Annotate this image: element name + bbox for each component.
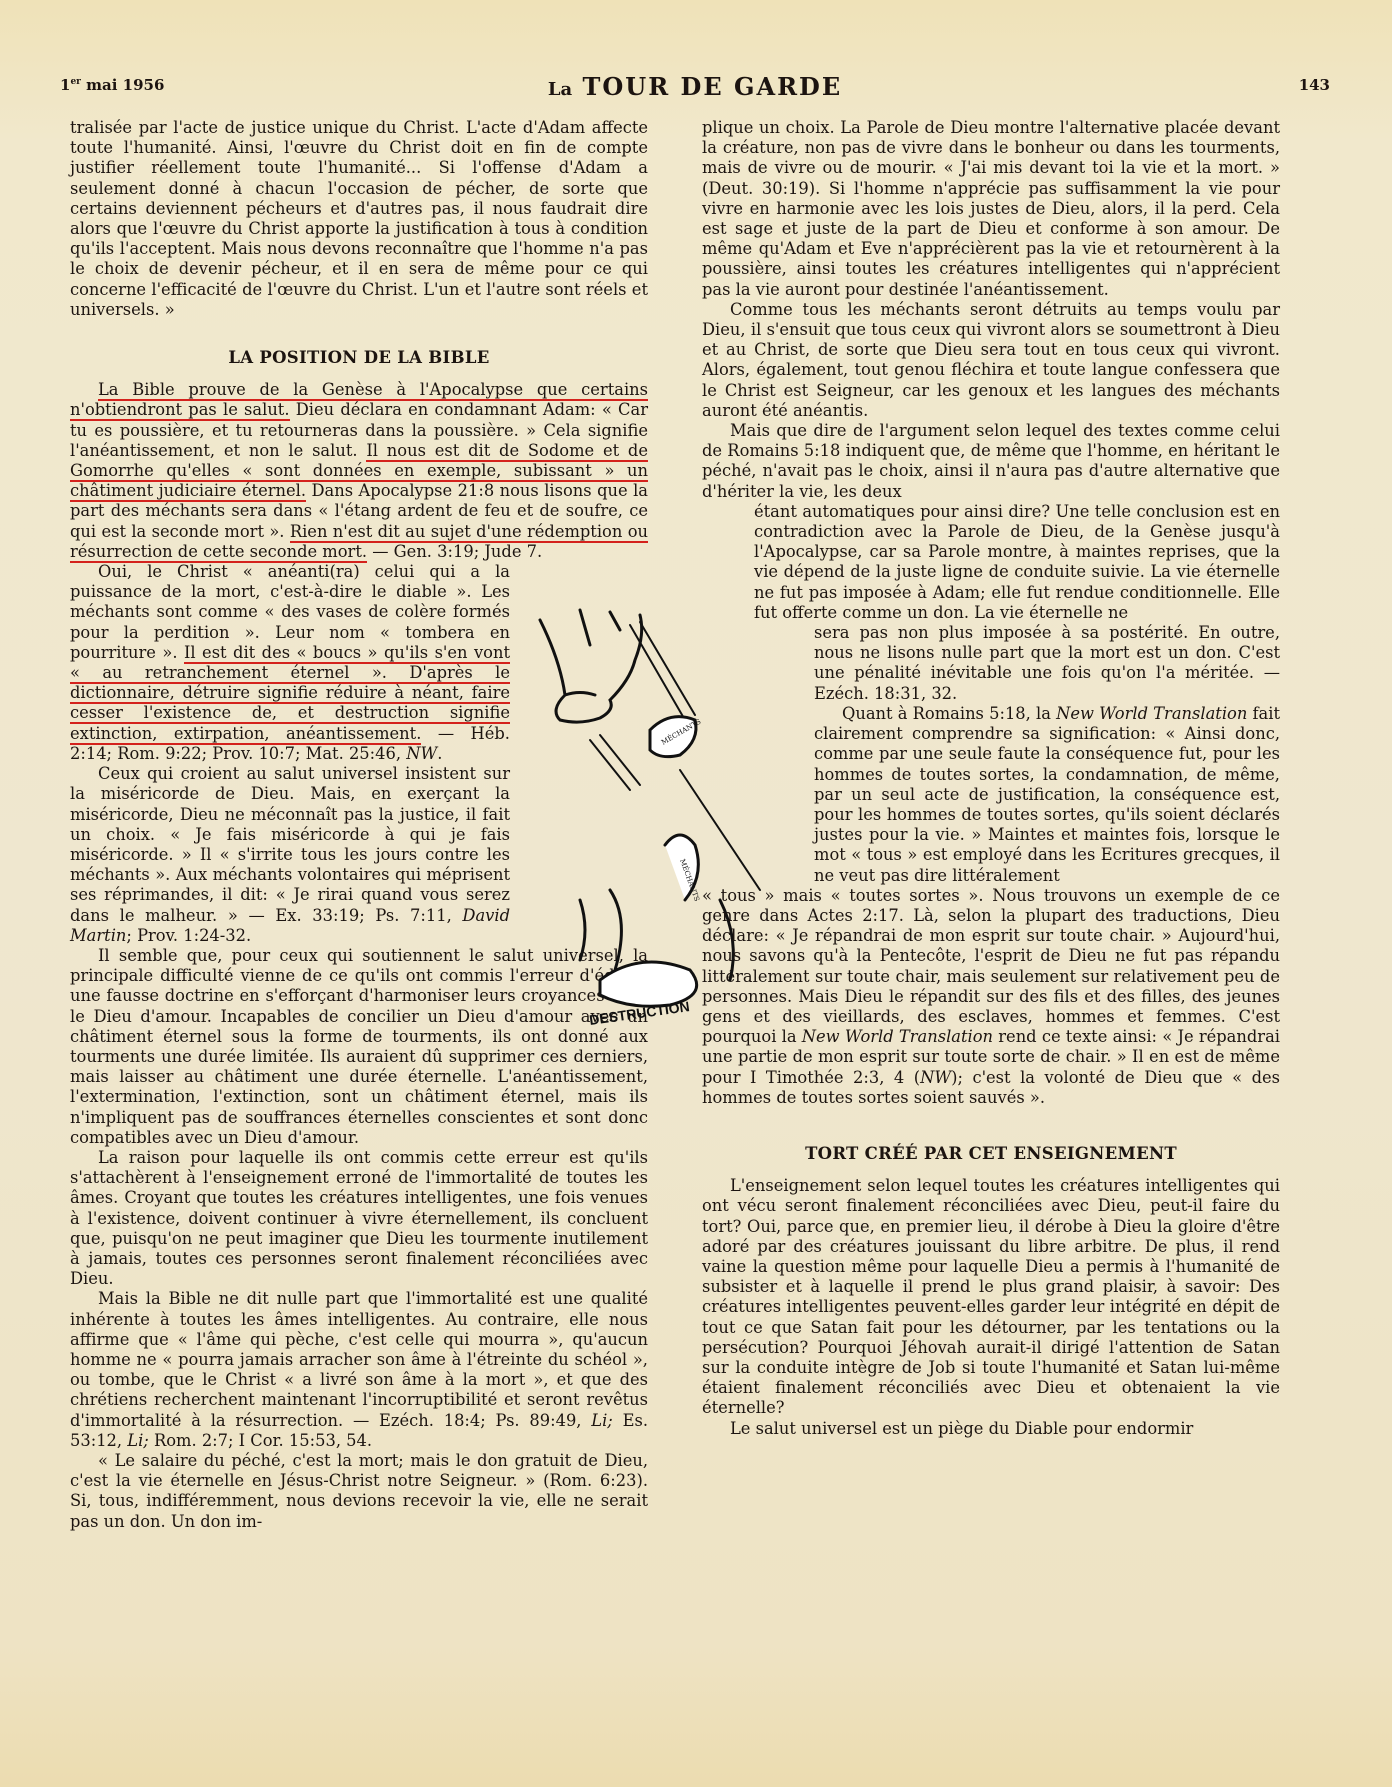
paragraph: Comme tous les méchants seront détruits … — [702, 300, 1280, 421]
paragraph: Ceux qui croient au salut universel insi… — [70, 764, 510, 946]
section-heading: TORT CRÉÉ PAR CET ENSEIGNEMENT — [702, 1144, 1280, 1164]
paragraph: « Le salaire du péché, c'est la mort; ma… — [70, 1451, 648, 1532]
paragraph-continued: sera pas non plus imposée à sa postérité… — [814, 623, 1280, 704]
page-number: 143 — [1299, 76, 1330, 94]
paragraph: Mais la Bible ne dit nulle part que l'im… — [70, 1289, 648, 1451]
page-header: 1er mai 1956 La TOUR DE GARDE 143 — [60, 72, 1330, 102]
paragraph: L'enseignement selon lequel toutes les c… — [702, 1176, 1280, 1418]
right-column: plique un choix. La Parole de Dieu montr… — [702, 118, 1280, 1439]
paragraph: tralisée par l'acte de justice unique du… — [70, 118, 648, 320]
paragraph: Mais que dire de l'argument selon lequel… — [702, 421, 1280, 502]
paragraph: Quant à Romains 5:18, la New World Trans… — [814, 704, 1280, 886]
paragraph-continued: étant automatiques pour ainsi dire? Une … — [754, 502, 1280, 623]
paragraph: Oui, le Christ « anéanti(ra) celui qui a… — [70, 562, 510, 764]
paragraph: plique un choix. La Parole de Dieu montr… — [702, 118, 1280, 300]
magazine-title: La TOUR DE GARDE — [60, 72, 1330, 101]
paragraph: Le salut universel est un piège du Diabl… — [702, 1419, 1280, 1439]
paragraph-continued: « tous » mais « toutes sortes ». Nous tr… — [702, 886, 1280, 1108]
section-heading: LA POSITION DE LA BIBLE — [70, 348, 648, 368]
paragraph: La raison pour laquelle ils ont commis c… — [70, 1148, 648, 1289]
paragraph: La Bible prouve de la Genèse à l'Apocaly… — [70, 380, 648, 562]
